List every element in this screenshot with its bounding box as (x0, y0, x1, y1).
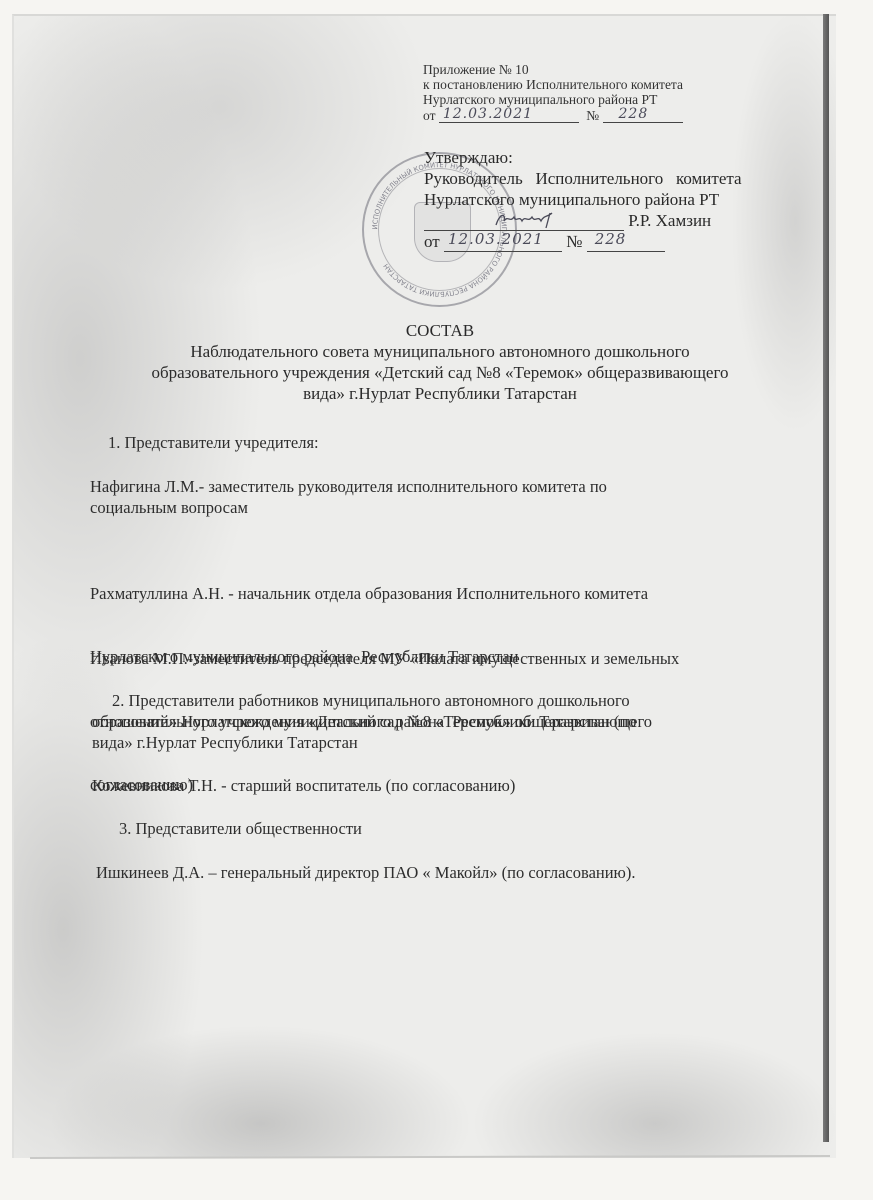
member-entry: Ишкинеев Д.А. – генеральный директор ПАО… (96, 862, 636, 883)
section-heading-public: 3. Представители общественности (119, 818, 362, 839)
entry-line: Кожевникова Т.Н. - старший воспитатель (… (92, 775, 515, 796)
date-prefix: от (423, 108, 435, 123)
title-line: образовательного учреждения «Детский сад… (60, 362, 820, 383)
signatory-name: Р.Р. Хамзин (628, 211, 711, 230)
approval-block: Утверждаю: Руководитель Исполнительного … (424, 147, 742, 252)
handwritten-number: 228 (595, 230, 627, 248)
entry-line: социальным вопросам (90, 497, 607, 518)
title-line: вида» г.Нурлат Республики Татарстан (60, 383, 820, 404)
number-field: 228 (603, 107, 683, 123)
number-field: 228 (587, 232, 665, 252)
approval-label: Утверждаю: (424, 147, 742, 168)
member-entry: Кожевникова Т.Н. - старший воспитатель (… (92, 775, 515, 796)
appendix-header: Приложение № 10 к постановлению Исполнит… (423, 62, 683, 123)
heading-line: вида» г.Нурлат Республики Татарстан (92, 732, 652, 753)
entry-line: Ишкинеев Д.А. – генеральный директор ПАО… (96, 862, 636, 883)
entry-line: Нафигина Л.М.- заместитель руководителя … (90, 476, 607, 497)
signature-line: Р.Р. Хамзин (424, 210, 742, 231)
approval-position: Руководитель Исполнительного комитета (424, 168, 742, 189)
appendix-line: Нурлатского муниципального района РТ (423, 92, 683, 107)
signature-field (424, 211, 624, 231)
number-prefix: № (566, 232, 582, 251)
title-line: Наблюдательного совета муниципального ав… (60, 341, 820, 362)
entry-line: Иванова М.П.-заместитель председателя МУ… (90, 648, 679, 669)
approval-date-line: от 12.03.2021 № 228 (424, 231, 742, 252)
entry-line: Рахматуллина А.Н. - начальник отдела обр… (90, 583, 648, 604)
appendix-line: к постановлению Исполнительного комитета (423, 77, 683, 92)
appendix-date-line: от 12.03.2021 № 228 (423, 107, 683, 123)
section-heading-founders: 1. Представители учредителя: (108, 432, 319, 453)
date-field: 12.03.2021 (444, 232, 562, 252)
page-edge-shadow (823, 14, 829, 1142)
document-title: СОСТАВ Наблюдательного совета муниципаль… (60, 320, 820, 404)
handwritten-date: 12.03.2021 (448, 230, 544, 248)
member-entry: Нафигина Л.М.- заместитель руководителя … (90, 476, 607, 518)
number-prefix: № (586, 108, 599, 123)
title-heading: СОСТАВ (60, 320, 820, 341)
section-heading-employees: 2. Представители работников муниципально… (92, 690, 652, 753)
date-prefix: от (424, 232, 440, 251)
appendix-line: Приложение № 10 (423, 62, 683, 77)
handwritten-number: 228 (619, 106, 649, 122)
handwritten-date: 12.03.2021 (443, 106, 533, 122)
handwritten-signature-icon (492, 211, 562, 229)
date-field: 12.03.2021 (439, 107, 579, 123)
approval-organization: Нурлатского муниципального района РТ (424, 189, 742, 210)
heading-line: 2. Представители работников муниципально… (92, 690, 652, 711)
heading-line: образовательного учреждения «Детский сад… (92, 711, 652, 732)
